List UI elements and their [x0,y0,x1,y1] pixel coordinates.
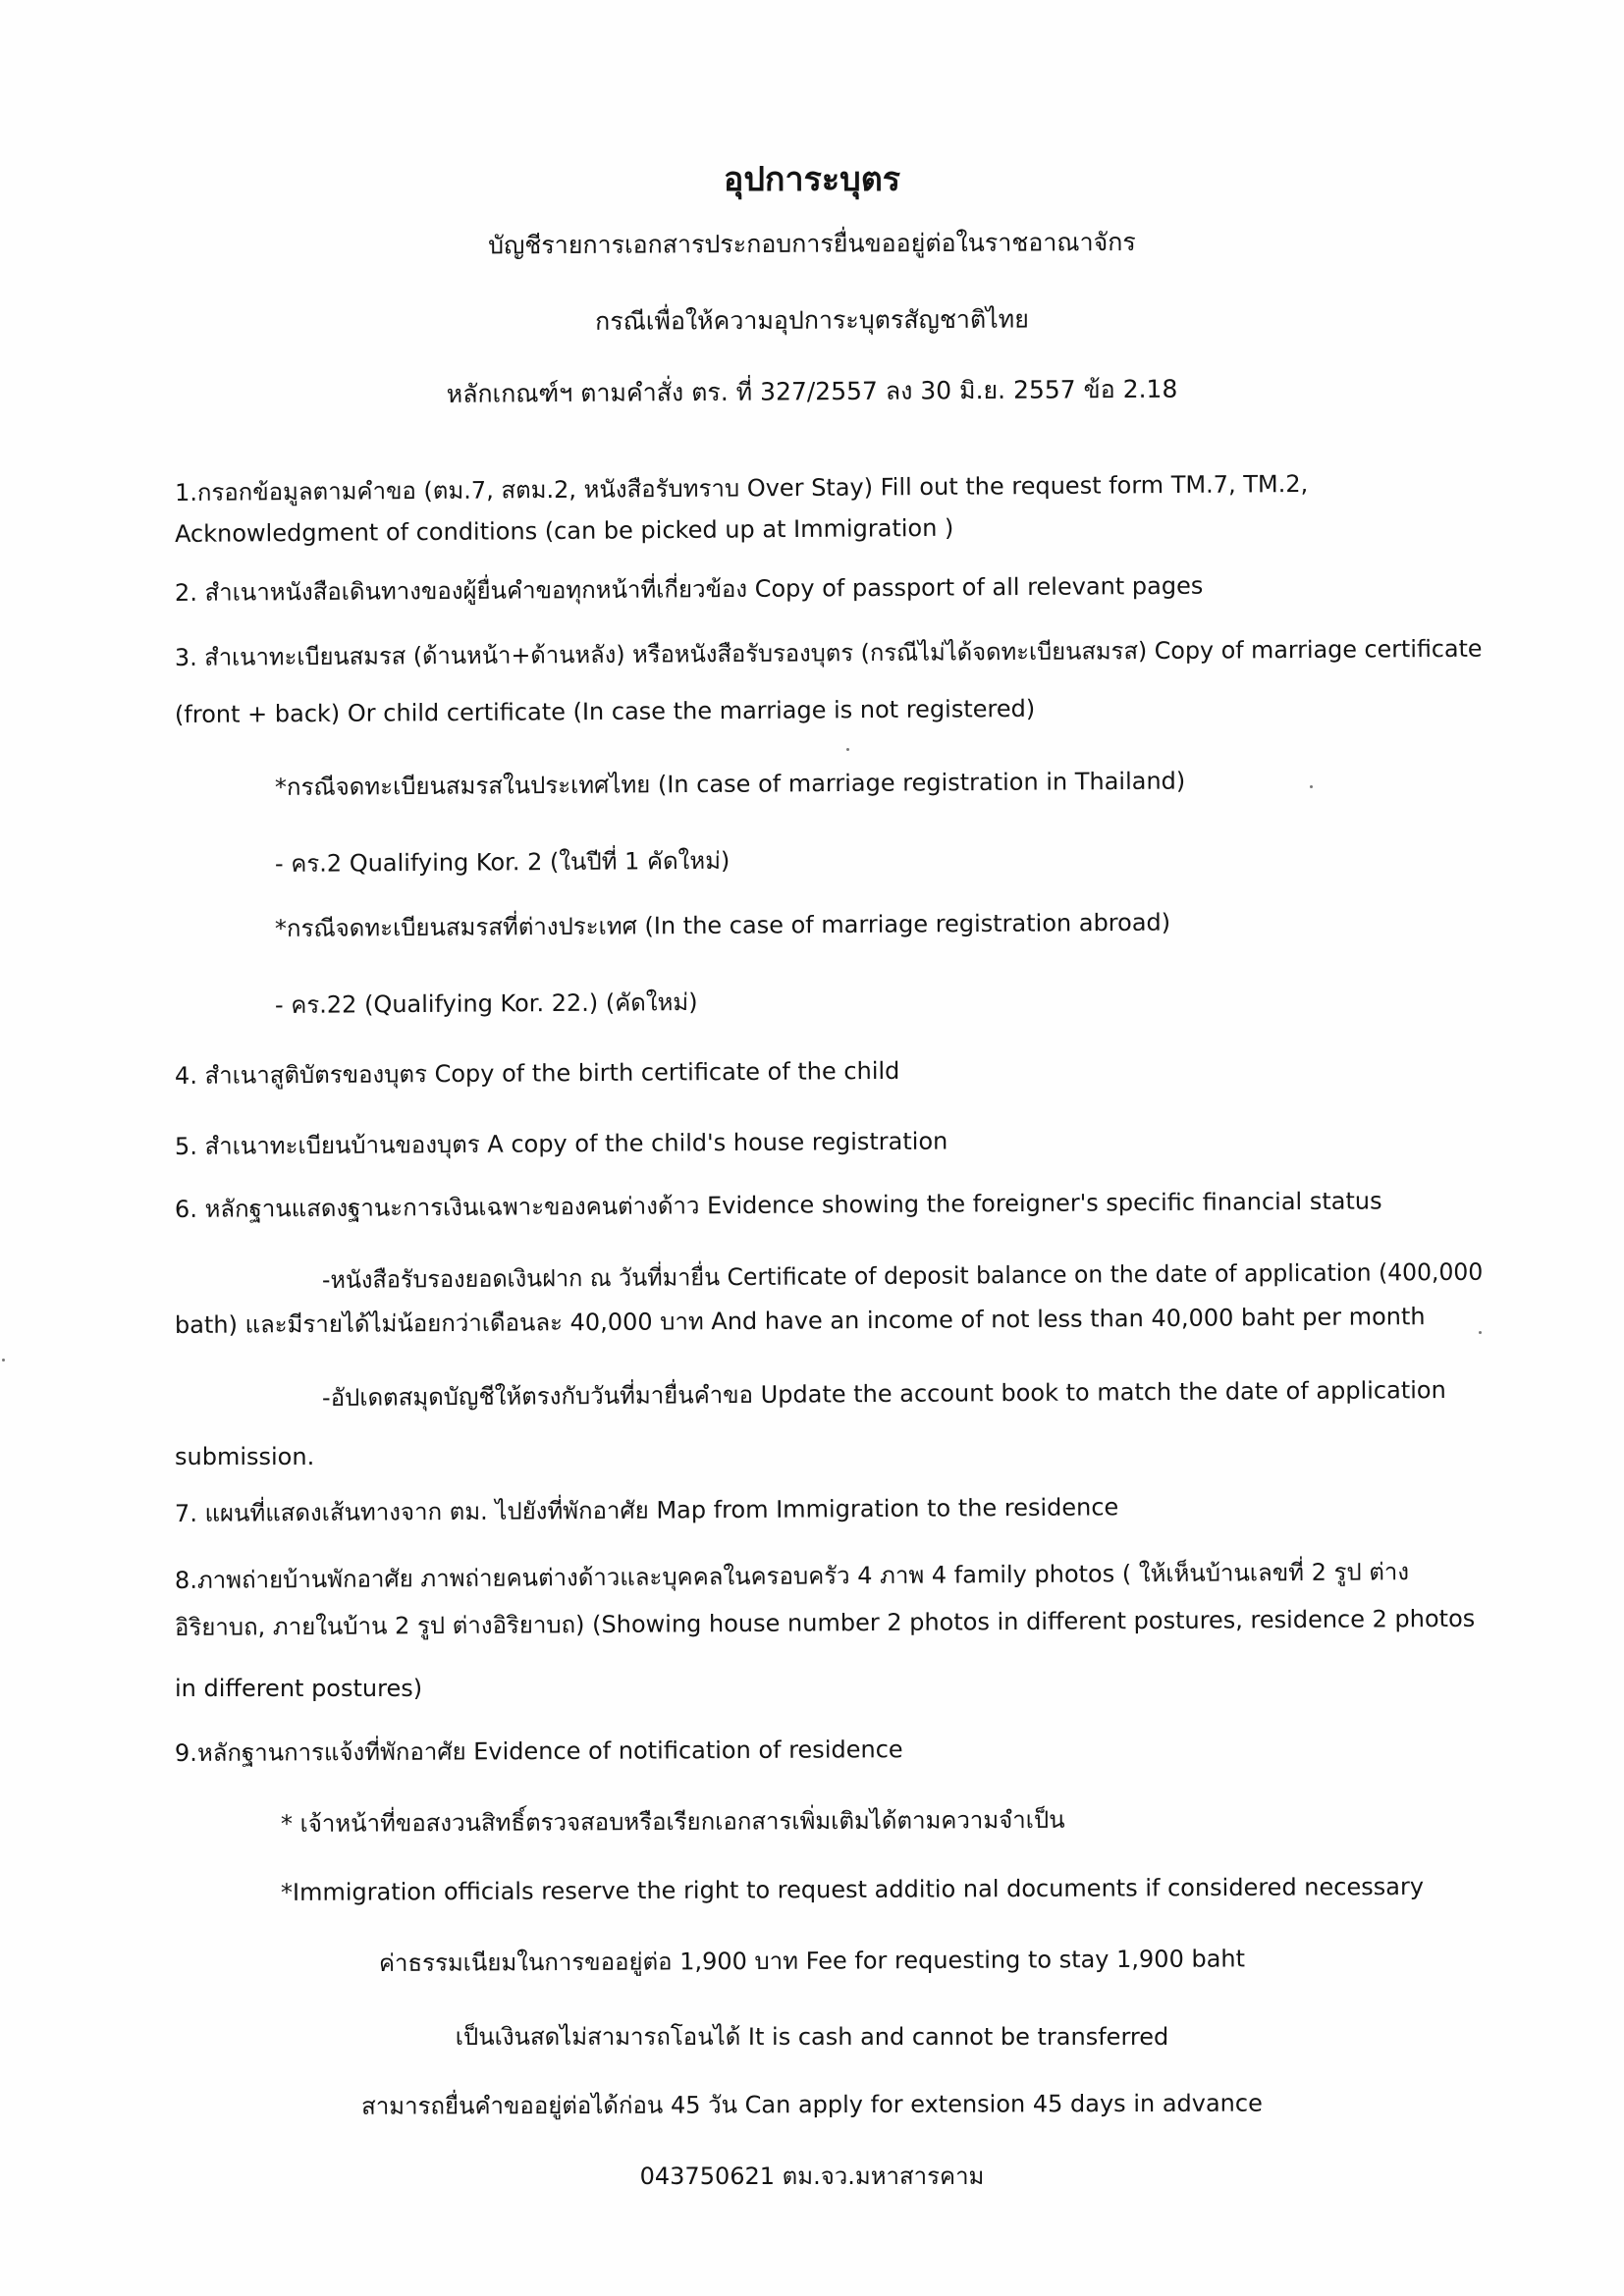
list-item-3-line-1: 3. สำเนาทะเบียนสมรส (ด้านหน้า+ด้านหลัง) … [175,637,1483,669]
list-item-3-sub-kor22: - คร.22 (Qualifying Kor. 22.) (คัดใหม่) [275,990,698,1017]
list-item-3-line-2: (front + back) Or child certificate (In … [175,697,1035,726]
note-officials-english: *Immigration officials reserve the right… [281,1875,1424,1904]
list-item-3-sub-abroad: *กรณีจดทะเบียนสมรสที่ต่างประเทศ (In the … [275,911,1170,940]
contact-phone-office: 043750621 ตม.จว.มหาสารคาม [0,2164,1624,2188]
document-page: อุปการะบุตร บัญชีรายการเอกสารประกอบการยื… [0,0,1624,2296]
list-item-1-line-2: Acknowledgment of conditions (can be pic… [175,516,954,546]
list-item-6-account-book-line-1: -อัปเดตสมุดบัญชีให้ตรงกับวันที่มายื่นคำข… [322,1378,1446,1410]
document-subtitle: บัญชีรายการเอกสารประกอบการยื่นขออยู่ต่อใ… [0,227,1624,260]
list-item-4: 4. สำเนาสูติบัตรของบุตร Copy of the birt… [175,1059,900,1088]
list-item-6: 6. หลักฐานแสดงฐานะการเงินเฉพาะของคนต่างด… [175,1189,1382,1221]
document-legal-reference: หลักเกณฑ์ฯ ตามคำสั่ง ตร. ที่ 327/2557 ลง… [0,373,1624,409]
list-item-8-line-2: อิริยาบถ, ภายในบ้าน 2 รูป ต่างอิริยาบถ) … [175,1607,1475,1639]
list-item-3-sub-kor2: - คร.2 Qualifying Kor. 2 (ในปีที่ 1 คัดใ… [275,849,731,876]
list-item-3-sub-thailand: *กรณีจดทะเบียนสมรสในประเทศไทย (In case o… [275,770,1185,799]
cash-only-statement: เป็นเงินสดไม่สามารถโอนได้ It is cash and… [0,2025,1624,2049]
fee-statement: ค่าธรรมเนียมในการขออยู่ต่อ 1,900 บาท Fee… [0,1945,1624,1977]
scan-speck [846,748,849,751]
list-item-9: 9.หลักฐานการแจ้งที่พักอาศัย Evidence of … [175,1737,903,1765]
document-title: อุปการะบุตร [0,163,1624,196]
advance-application-statement: สามารถยื่นคำขออยู่ต่อได้ก่อน 45 วัน Can … [0,2090,1624,2119]
scan-speck [2,1359,5,1362]
list-item-2: 2. สำเนาหนังสือเดินทางของผู้ยื่นคำขอทุกห… [175,574,1203,605]
scan-speck [1310,785,1313,788]
document-case-description: กรณีเพื่อให้ความอุปการะบุตรสัญชาติไทย [0,303,1624,337]
list-item-8-line-1: 8.ภาพถ่ายบ้านพักอาศัย ภาพถ่ายคนต่างด้าวแ… [175,1560,1409,1592]
list-item-8-line-3: in different postures) [175,1677,422,1700]
list-item-6-deposit-line-2: bath) และมีรายได้ไม่น้อยกว่าเดือนละ 40,0… [175,1305,1426,1337]
list-item-5: 5. สำเนาทะเบียนบ้านของบุตร A copy of the… [175,1130,947,1158]
list-item-7: 7. แผนที่แสดงเส้นทางจาก ตม. ไปยังที่พักอ… [175,1495,1118,1525]
list-item-6-deposit-line-1: -หนังสือรับรองยอดเงินฝาก ณ วันที่มายื่น … [322,1260,1483,1292]
list-item-6-account-book-line-2: submission. [175,1445,314,1468]
scan-speck [1479,1331,1482,1334]
list-item-1-line-1: 1.กรอกข้อมูลตามคำขอ (ตม.7, สตม.2, หนังสื… [175,472,1308,505]
note-officials-thai: * เจ้าหน้าที่ขอสงวนสิทธิ์ตรวจสอบหรือเรีย… [281,1808,1065,1836]
